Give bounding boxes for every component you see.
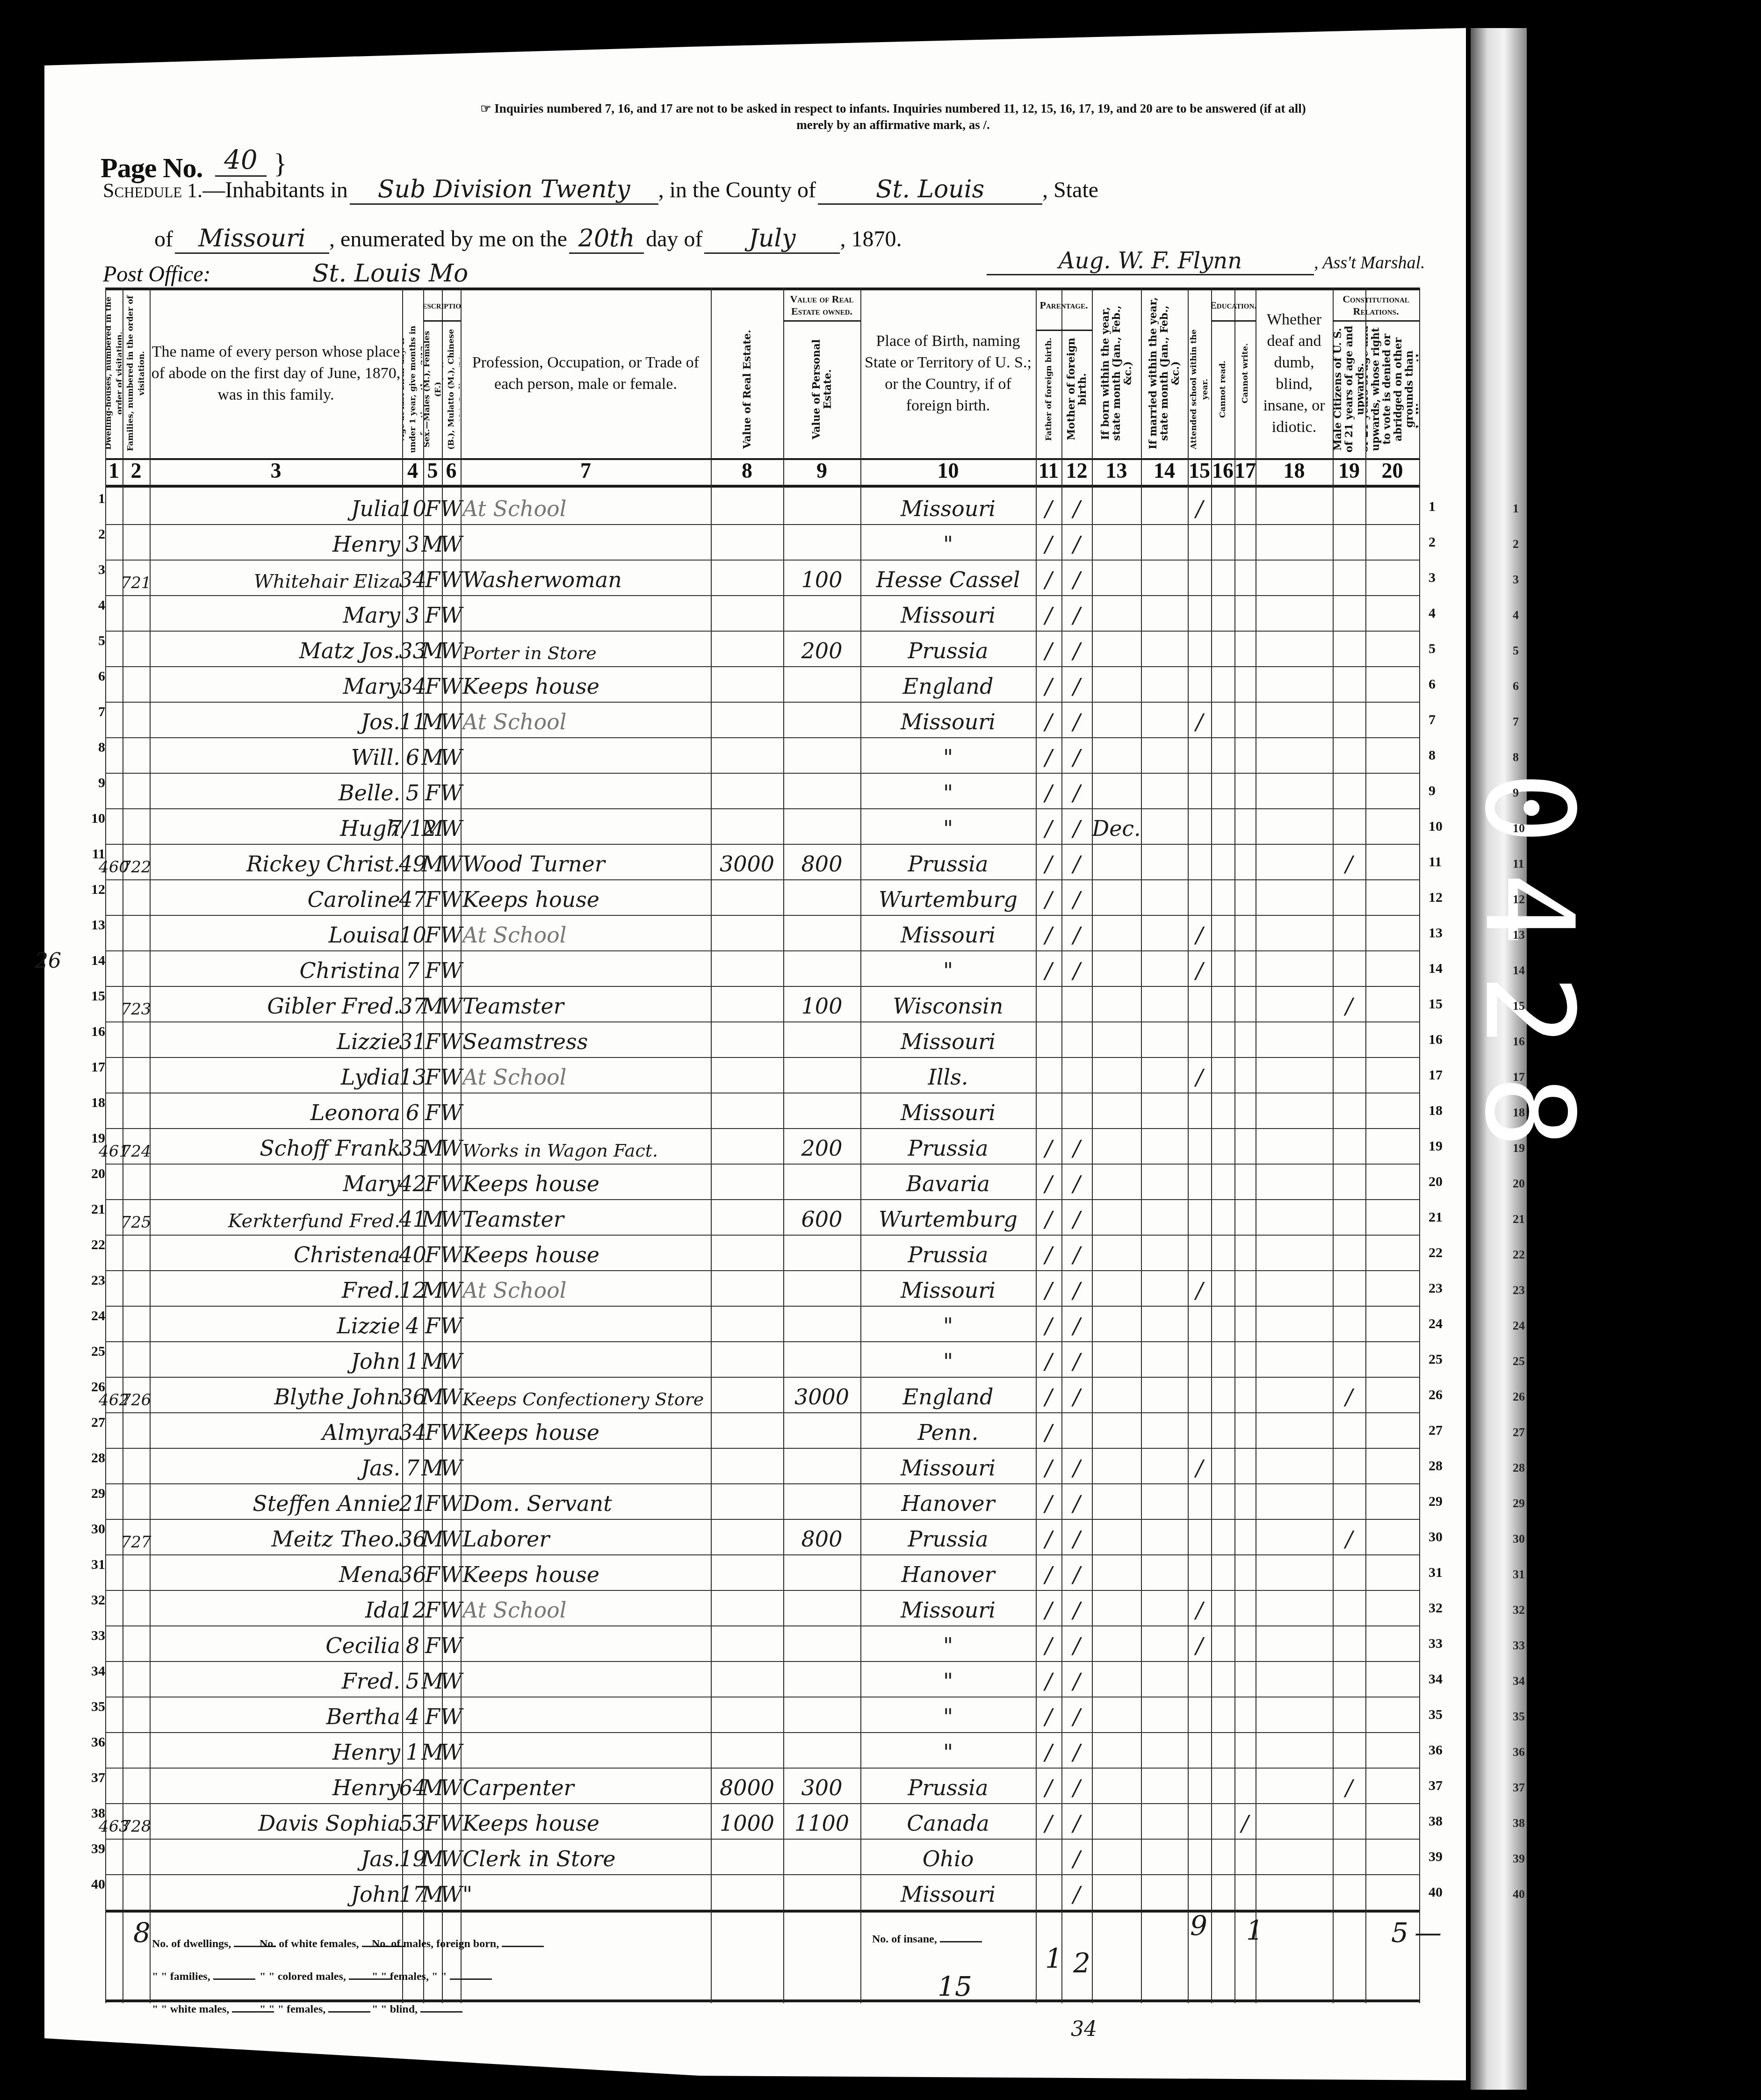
cell-age: 35 (404, 1128, 421, 1164)
cell-c20 (1367, 1235, 1417, 1270)
cell-deaf (1257, 1732, 1331, 1768)
cell-cr (1213, 1093, 1233, 1128)
cell-name: Hugh (152, 808, 400, 844)
row-number-right: 12 (1429, 890, 1457, 906)
cell-re (713, 1021, 781, 1057)
cell-fam (124, 1448, 148, 1483)
cell-occ (462, 950, 709, 986)
row-rule (105, 950, 1419, 951)
header-top-rule (105, 288, 1419, 290)
column-header-9: Value of Personal Estate. (811, 324, 833, 454)
cell-re (713, 915, 781, 950)
cell-fam (124, 1235, 148, 1270)
cell-color: W (444, 737, 459, 773)
cell-re (713, 524, 781, 560)
cell-m: / (1063, 1235, 1090, 1270)
census-row: John1MW"// (105, 1341, 1419, 1377)
cell-re (713, 1483, 781, 1519)
cell-occ: Keeps Confectionery Store (462, 1377, 709, 1412)
cell-school (1190, 666, 1209, 702)
cell-sex: M (425, 737, 440, 773)
row-number-right: 18 (1429, 1103, 1457, 1119)
cell-occ: Seamstress (462, 1021, 709, 1057)
cell-sex: M (425, 524, 440, 560)
cell-sex: F (425, 1590, 440, 1625)
cell-cr (1213, 986, 1233, 1021)
cell-re (713, 560, 781, 595)
cell-f: / (1038, 1341, 1060, 1377)
cell-married (1143, 1341, 1186, 1377)
cell-cw (1236, 1128, 1254, 1164)
census-row: Lizzie31FWSeamstressMissouri (105, 1021, 1419, 1057)
cell-dw (107, 808, 121, 844)
column-number: 10 (860, 458, 1036, 483)
cell-born (1094, 1377, 1139, 1412)
cell-cr (1213, 1554, 1233, 1590)
census-row: Christina7FW"/// (105, 950, 1419, 986)
row-number-left: 21 (72, 1201, 105, 1217)
cell-dw: 460 (107, 844, 121, 879)
cell-re (713, 1377, 781, 1412)
cell-re (713, 808, 781, 844)
column-rule (1419, 288, 1420, 2003)
cell-fam (124, 1270, 148, 1306)
cell-deaf (1257, 1874, 1331, 1910)
column-header-cell: Color.—White (W.), Black (B.), Mulatto (… (443, 324, 460, 454)
cell-married (1143, 560, 1186, 595)
cell-born (1094, 1590, 1139, 1625)
cell-name: Fred. (152, 1270, 400, 1306)
census-row: Christena40FWKeeps housePrussia// (105, 1235, 1419, 1270)
cell-c20 (1367, 1093, 1417, 1128)
cell-married (1143, 1377, 1186, 1412)
cell-school (1190, 1412, 1209, 1448)
cell-c20 (1367, 1697, 1417, 1732)
row-number-binding: 14 (1513, 964, 1531, 978)
cell-fam: 728 (124, 1803, 148, 1839)
cell-m: / (1063, 1270, 1090, 1306)
cell-birth: Missouri (862, 1021, 1034, 1057)
cell-cw (1236, 844, 1254, 879)
cell-m: / (1063, 737, 1090, 773)
cell-birth: " (862, 524, 1034, 560)
cell-deaf (1257, 1697, 1331, 1732)
row-number-left: 8 (72, 740, 105, 755)
cell-born (1094, 879, 1139, 915)
cell-age: 40 (404, 1235, 421, 1270)
cell-name: Belle. (152, 773, 400, 808)
cell-pe (785, 773, 859, 808)
footer-tally: 9 (1190, 1910, 1207, 1942)
cell-deaf (1257, 1554, 1331, 1590)
cell-fam (124, 595, 148, 631)
cell-birth: " (862, 773, 1034, 808)
cell-born (1094, 844, 1139, 879)
cell-birth: Missouri (862, 702, 1034, 737)
column-header-11: Father of foreign birth. (1043, 338, 1054, 441)
cell-c19 (1335, 666, 1364, 702)
cell-age: 10 (404, 915, 421, 950)
cell-married (1143, 1803, 1186, 1839)
row-rule (105, 1554, 1419, 1555)
cell-re (713, 595, 781, 631)
row-number-right: 21 (1429, 1209, 1457, 1225)
footer-blank (502, 1946, 544, 1947)
row-number-right: 27 (1429, 1423, 1457, 1438)
cell-age: 33 (404, 631, 421, 666)
row-number-right: 6 (1429, 676, 1457, 692)
cell-age: 34 (404, 560, 421, 595)
column-number: 14 (1141, 458, 1188, 483)
census-row: Lydia13FWAt SchoolIlls./ (105, 1057, 1419, 1093)
cell-deaf (1257, 1448, 1331, 1483)
column-number: 8 (711, 458, 783, 483)
footer-field: " " " females, (260, 2003, 370, 2016)
cell-color: W (444, 1839, 459, 1874)
row-rule (105, 1874, 1419, 1875)
cell-sex: M (425, 1768, 440, 1803)
cell-born (1094, 1732, 1139, 1768)
cell-sex: F (425, 1554, 440, 1590)
cell-color: W (444, 595, 459, 631)
cell-occ: Keeps house (462, 879, 709, 915)
cell-m (1063, 986, 1090, 1021)
row-number-left: 24 (72, 1308, 105, 1324)
cell-f: / (1038, 1199, 1060, 1235)
row-number-right: 33 (1429, 1636, 1457, 1652)
cell-pe: 800 (785, 844, 859, 879)
census-row: Jas.7MWMissouri/// (105, 1448, 1419, 1483)
cell-fam (124, 1661, 148, 1697)
cell-school (1190, 1874, 1209, 1910)
footer-blank (420, 2011, 462, 2013)
column-header-cell: Male Citizens of U. S. of 21 years of ag… (1366, 324, 1418, 454)
row-number-binding: 40 (1513, 1887, 1531, 1901)
cell-born (1094, 1235, 1139, 1270)
cell-c20 (1367, 1483, 1417, 1519)
cell-c20 (1367, 1590, 1417, 1625)
cell-color: W (444, 1732, 459, 1768)
census-row: 725Kerkterfund Fred.41MWTeamster600Wurte… (105, 1199, 1419, 1235)
cell-fam (124, 1590, 148, 1625)
row-number-left: 12 (72, 882, 105, 898)
cell-color: W (444, 1483, 459, 1519)
census-row: 723Gibler Fred.37MWTeamster100Wisconsin/ (105, 986, 1419, 1021)
cell-dw (107, 1057, 121, 1093)
cell-cr (1213, 666, 1233, 702)
cell-dw (107, 1448, 121, 1483)
cell-cw (1236, 737, 1254, 773)
cell-fam: 724 (124, 1128, 148, 1164)
footer-tally: 2 (1073, 1947, 1090, 1979)
cell-c20 (1367, 1128, 1417, 1164)
footer-tally: 15 (938, 1971, 972, 2002)
row-rule (105, 915, 1419, 916)
cell-pe (785, 489, 859, 524)
cell-name: Gibler Fred. (152, 986, 400, 1021)
cell-dw (107, 915, 121, 950)
cell-pe: 1100 (785, 1803, 859, 1839)
cell-birth: " (862, 950, 1034, 986)
cell-school (1190, 1093, 1209, 1128)
cell-c19 (1335, 1874, 1364, 1910)
cell-married (1143, 1732, 1186, 1768)
row-rule (105, 1448, 1419, 1449)
cell-deaf (1257, 595, 1331, 631)
cell-occ: Keeps house (462, 666, 709, 702)
footer-blank (328, 2011, 370, 2013)
cell-age: 12 (404, 1590, 421, 1625)
cell-fam (124, 1768, 148, 1803)
column-header-cell: Age at last birth-day. If under 1 year, … (403, 324, 422, 454)
row-number-binding: 21 (1513, 1212, 1531, 1226)
cell-c19 (1335, 1483, 1364, 1519)
row-number-left: 37 (72, 1770, 105, 1786)
census-row: 727Meitz Theo.36MWLaborer800Prussia/// (105, 1519, 1419, 1554)
cell-dw (107, 631, 121, 666)
cell-c20 (1367, 1306, 1417, 1341)
cell-c20 (1367, 1199, 1417, 1235)
cell-married (1143, 1839, 1186, 1874)
cell-cr (1213, 879, 1233, 915)
cell-f: / (1038, 1590, 1060, 1625)
cell-married (1143, 1270, 1186, 1306)
cell-re: 8000 (713, 1768, 781, 1803)
cell-birth: Canada (862, 1803, 1034, 1839)
cell-married (1143, 1697, 1186, 1732)
cell-f: / (1038, 1377, 1060, 1412)
cell-cw (1236, 1448, 1254, 1483)
cell-f (1038, 1057, 1060, 1093)
census-row: Hugh7/12MW"//Dec. (105, 808, 1419, 844)
census-row: Ida12FWAt SchoolMissouri/// (105, 1590, 1419, 1625)
cell-cw (1236, 631, 1254, 666)
cell-cr (1213, 1803, 1233, 1839)
row-number-right: 5 (1429, 641, 1457, 657)
cell-pe (785, 1164, 859, 1199)
cell-cr (1213, 1164, 1233, 1199)
cell-fam (124, 950, 148, 986)
row-number-binding: 37 (1513, 1781, 1531, 1795)
cell-c20 (1367, 1164, 1417, 1199)
cell-dw (107, 1164, 121, 1199)
row-number-left: 40 (72, 1877, 105, 1892)
cell-age: 42 (404, 1164, 421, 1199)
census-row: Henry1MW"// (105, 1732, 1419, 1768)
cell-cr (1213, 1839, 1233, 1874)
cell-born (1094, 1021, 1139, 1057)
cell-re (713, 1448, 781, 1483)
cell-deaf (1257, 1590, 1331, 1625)
cell-name: Jos. (152, 702, 400, 737)
cell-age: 7 (404, 950, 421, 986)
cell-color: W (444, 1590, 459, 1625)
column-number: 19 (1333, 458, 1365, 483)
cell-birth: England (862, 1377, 1034, 1412)
cell-married (1143, 808, 1186, 844)
cell-age: 21 (404, 1483, 421, 1519)
cell-school (1190, 1306, 1209, 1341)
column-number: 4 (402, 458, 423, 483)
row-rule (105, 1803, 1419, 1804)
cell-f: / (1038, 1306, 1060, 1341)
cell-married (1143, 737, 1186, 773)
cell-born (1094, 1412, 1139, 1448)
row-number-binding: 6 (1513, 679, 1531, 693)
cell-dw (107, 489, 121, 524)
cell-cw (1236, 1341, 1254, 1377)
cell-school (1190, 1554, 1209, 1590)
cell-birth: " (862, 1306, 1034, 1341)
census-table: Description.Value of Real Estate owned.P… (105, 288, 1419, 2003)
cell-color: W (444, 524, 459, 560)
cell-color: W (444, 1093, 459, 1128)
cell-name: Leonora (152, 1093, 400, 1128)
cell-married (1143, 702, 1186, 737)
row-rule (105, 808, 1419, 809)
cell-m: / (1063, 524, 1090, 560)
cell-c19 (1335, 702, 1364, 737)
cell-occ: Wood Turner (462, 844, 709, 879)
row-number-right: 19 (1429, 1138, 1457, 1154)
cell-married (1143, 950, 1186, 986)
row-number-binding: 30 (1513, 1532, 1531, 1546)
row-number-left: 19 (72, 1130, 105, 1146)
cell-color: W (444, 1554, 459, 1590)
row-number-right: 11 (1429, 854, 1457, 870)
cell-fam: 721 (124, 560, 148, 595)
row-number-right: 30 (1429, 1529, 1457, 1545)
cell-c20 (1367, 524, 1417, 560)
county-field: St. Louis (818, 175, 1042, 205)
row-number-right: 3 (1429, 570, 1457, 586)
cell-school: / (1190, 1448, 1209, 1483)
cell-married (1143, 631, 1186, 666)
cell-married (1143, 1590, 1186, 1625)
cell-age: 11 (404, 702, 421, 737)
cell-m: / (1063, 1874, 1090, 1910)
cell-name: Lizzie (152, 1306, 400, 1341)
cell-c19 (1335, 773, 1364, 808)
column-header-14: If married within the year, state month … (1148, 292, 1181, 454)
cell-c20 (1367, 1803, 1417, 1839)
row-number-left: 27 (72, 1415, 105, 1431)
cell-fam (124, 915, 148, 950)
cell-name: Christina (152, 950, 400, 986)
cell-school (1190, 1021, 1209, 1057)
cell-c19 (1335, 950, 1364, 986)
row-rule (105, 1661, 1419, 1662)
cell-married (1143, 1768, 1186, 1803)
cell-deaf (1257, 1625, 1331, 1661)
cell-school (1190, 1519, 1209, 1554)
column-header-13: If born within the year, state month (Ja… (1100, 292, 1133, 454)
column-header-cell: If born within the year, state month (Ja… (1093, 292, 1140, 454)
row-number-binding: 39 (1513, 1852, 1531, 1866)
cell-born (1094, 702, 1139, 737)
cell-occ: At School (462, 489, 709, 524)
row-number-left: 18 (72, 1095, 105, 1111)
column-header-cell: Value of Personal Estate. (784, 324, 859, 454)
cell-occ (462, 1306, 709, 1341)
cell-f: / (1038, 844, 1060, 879)
cell-dw (107, 1554, 121, 1590)
cell-color: W (444, 1235, 459, 1270)
row-number-left: 2 (72, 526, 105, 542)
cell-c20 (1367, 1661, 1417, 1697)
column-header-19: Male Citizens of U. S. of 21 years of ag… (1334, 324, 1364, 454)
census-row: Jas.19MWClerk in StoreOhio/ (105, 1839, 1419, 1874)
cell-dw (107, 879, 121, 915)
row-number-binding: 22 (1513, 1248, 1531, 1262)
census-row: Matz Jos.33MWPorter in Store200Prussia// (105, 631, 1419, 666)
census-row: Mary3FWMissouri// (105, 595, 1419, 631)
cell-deaf (1257, 1021, 1331, 1057)
schedule-label: Schedule 1. (103, 179, 202, 202)
footer-tally: 1 (1045, 1942, 1062, 1974)
cell-occ: Keeps house (462, 1235, 709, 1270)
row-number-binding: 7 (1513, 715, 1531, 729)
row-number-right: 39 (1429, 1849, 1457, 1865)
cell-name: Rickey Christ. (152, 844, 400, 879)
cell-birth: Prussia (862, 631, 1034, 666)
row-number-binding: 5 (1513, 644, 1531, 658)
cell-f (1038, 1874, 1060, 1910)
cell-f: / (1038, 1803, 1060, 1839)
cell-c19 (1335, 1341, 1364, 1377)
cell-color: W (444, 1306, 459, 1341)
cell-color: W (444, 666, 459, 702)
row-number-left: 17 (72, 1059, 105, 1075)
cell-fam (124, 1697, 148, 1732)
cell-pe (785, 1306, 859, 1341)
cell-school (1190, 1768, 1209, 1803)
cell-birth: Wurtemburg (862, 879, 1034, 915)
column-header-cell: Attended school within the year. (1189, 324, 1210, 454)
cell-pe (785, 1590, 859, 1625)
cell-school: / (1190, 1625, 1209, 1661)
group-header: Constitutional Relations. (1333, 291, 1419, 319)
group-rule (783, 320, 860, 322)
footer-field: " " white males, (152, 2003, 274, 2016)
cell-age: 34 (404, 1412, 421, 1448)
row-number-binding: 1 (1513, 502, 1531, 516)
cell-sex: F (425, 1235, 440, 1270)
cell-cr (1213, 1768, 1233, 1803)
cell-age: 53 (404, 1803, 421, 1839)
row-number-left: 9 (72, 775, 105, 791)
row-number-right: 14 (1429, 961, 1457, 977)
cell-pe: 600 (785, 1199, 859, 1235)
cell-sex: F (425, 1093, 440, 1128)
cell-color: W (444, 1341, 459, 1377)
cell-cw (1236, 915, 1254, 950)
cell-married (1143, 1661, 1186, 1697)
cell-pe (785, 808, 859, 844)
cell-fam: 722 (124, 844, 148, 879)
cell-age: 31 (404, 1021, 421, 1057)
column-number: 15 (1188, 458, 1211, 483)
data-bottom-rule (105, 1910, 1419, 1913)
row-number-right: 23 (1429, 1280, 1457, 1296)
cell-dw (107, 702, 121, 737)
cell-sex: M (425, 986, 440, 1021)
cell-cr (1213, 1590, 1233, 1625)
cell-c20 (1367, 1377, 1417, 1412)
cell-cw (1236, 1839, 1254, 1874)
cell-pe (785, 1448, 859, 1483)
cell-cr (1213, 1697, 1233, 1732)
